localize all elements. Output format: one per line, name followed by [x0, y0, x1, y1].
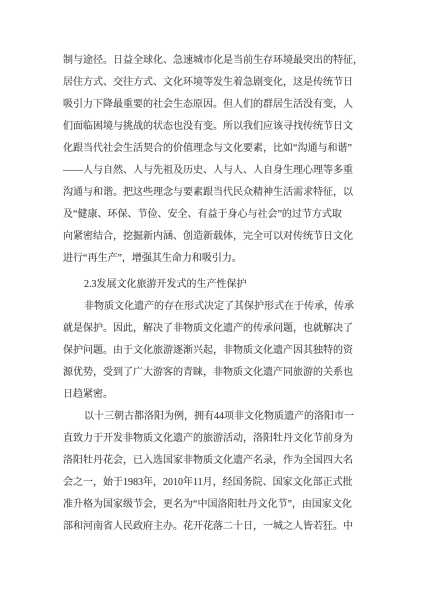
text-line: 化跟当代社会生活契合的价值理念与文化要素，比如“沟通与和谐”	[63, 138, 363, 160]
text-line: 日趋紧密。	[63, 384, 363, 406]
text-line: 制与途径。日益全球化、急速城市化是当前生存环境最突出的特征，	[63, 50, 363, 72]
text-line: 进行“再生产”，增强其生命力和吸引力。	[63, 248, 363, 270]
text-line: 们面临困境与挑战的状态也没有变。所以我们应该寻找传统节日文	[63, 116, 363, 138]
section-heading: 2.3发展文化旅游开发式的生产性保护	[63, 274, 363, 296]
text-line: 沟通与和谐。把这些理念与要素跟当代民众精神生活需求特征，以	[63, 182, 363, 204]
document-text-block: 制与途径。日益全球化、急速城市化是当前生存环境最突出的特征， 居住方式、交往方式…	[63, 50, 363, 538]
text-line: 保护问题。由于文化旅游逐渐兴起，非物质文化遗产因其独特的资	[63, 340, 363, 362]
text-line: 及“健康、环保、节俭、安全、有益于身心与社会”的过节方式取	[63, 204, 363, 226]
text-line: 源优势，受到了广大游客的青睐，非物质文化遗产同旅游的关系也	[63, 362, 363, 384]
text-line: ——人与自然、人与先祖及历史、人与人、人自身生理心理等多重	[63, 160, 363, 182]
text-line: 直致力于开发非物质文化遗产的旅游活动，洛阳牡丹文化节前身为	[63, 428, 363, 450]
text-line: 吸引力下降最重要的社会生态原因。但人们的群居生活没有变，人	[63, 94, 363, 116]
text-line: 向紧密结合，挖掘新内涵、创造新载体，完全可以对传统节日文化	[63, 226, 363, 248]
text-line: 非物质文化遗产的存在形式决定了其保护形式在于传承，传承	[63, 296, 363, 318]
text-line: 以十三朝古都洛阳为例，拥有44项非文化物质遗产的洛阳市一	[63, 406, 363, 428]
text-line: 居住方式、交往方式、文化环境等发生着急剧变化，这是传统节日	[63, 72, 363, 94]
text-line: 洛阳牡丹花会，已入选国家非物质文化遗产名录，作为全国四大名	[63, 450, 363, 472]
text-line: 准升格为国家级节会，更名为“中国洛阳牡丹文化节”，由国家文化	[63, 494, 363, 516]
document-page: 制与途径。日益全球化、急速城市化是当前生存环境最突出的特征， 居住方式、交往方式…	[0, 0, 423, 600]
text-line: 部和河南省人民政府主办。花开花落二十日，一城之人皆若狂。中	[63, 516, 363, 538]
text-line: 会之一，始于1983年，2010年11月，经国务院、国家文化部正式批	[63, 472, 363, 494]
text-line: 就是保护。因此，解决了非物质文化遗产的传承问题，也就解决了	[63, 318, 363, 340]
